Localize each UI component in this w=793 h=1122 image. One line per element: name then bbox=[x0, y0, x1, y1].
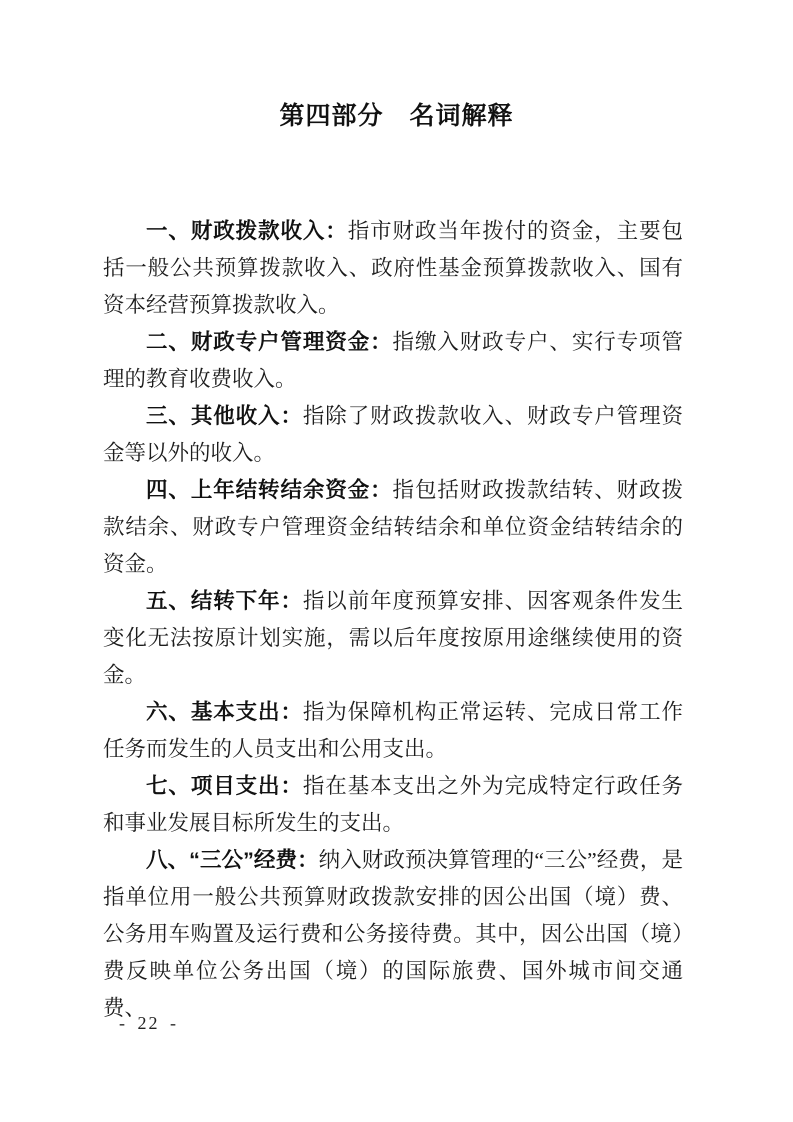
term-label: 五、结转下年： bbox=[146, 589, 303, 613]
definition-paragraph: 七、项目支出：指在基本支出之外为完成特定行政任务和事业发展目标所发生的支出。 bbox=[103, 768, 683, 842]
definition-paragraph: 二、财政专户管理资金：指缴入财政专户、实行专项管理的教育收费收入。 bbox=[103, 324, 683, 398]
definition-paragraph: 三、其他收入：指除了财政拨款收入、财政专户管理资金等以外的收入。 bbox=[103, 398, 683, 472]
document-page: 第四部分 名词解释 一、财政拨款收入：指市财政当年拨付的资金，主要包括一般公共预… bbox=[0, 0, 793, 1122]
term-label: 四、上年结转结余资金： bbox=[146, 478, 393, 502]
definition-paragraph: 六、基本支出：指为保障机构正常运转、完成日常工作任务而发生的人员支出和公用支出。 bbox=[103, 694, 683, 768]
glossary-content: 一、财政拨款收入：指市财政当年拨付的资金，主要包括一般公共预算拨款收入、政府性基… bbox=[103, 213, 683, 1027]
term-label: 七、项目支出： bbox=[146, 774, 303, 798]
term-label: 一、财政拨款收入： bbox=[146, 219, 348, 243]
definition-paragraph: 四、上年结转结余资金：指包括财政拨款结转、财政拨款结余、财政专户管理资金结转结余… bbox=[103, 472, 683, 583]
page-title: 第四部分 名词解释 bbox=[0, 100, 793, 132]
term-label: 三、其他收入： bbox=[146, 404, 303, 428]
definition-paragraph: 八、“三公”经费：纳入财政预决算管理的“三公”经费，是指单位用一般公共预算财政拨… bbox=[103, 842, 683, 1027]
term-label: 二、财政专户管理资金： bbox=[146, 330, 393, 354]
definition-paragraph: 一、财政拨款收入：指市财政当年拨付的资金，主要包括一般公共预算拨款收入、政府性基… bbox=[103, 213, 683, 324]
term-definition: 纳入财政预决算管理的“三公”经费，是指单位用一般公共预算财政拨款安排的因公出国（… bbox=[103, 848, 683, 1020]
definition-paragraph: 五、结转下年：指以前年度预算安排、因客观条件发生变化无法按原计划实施，需以后年度… bbox=[103, 583, 683, 694]
term-label: 八、“三公”经费： bbox=[146, 848, 319, 872]
term-label: 六、基本支出： bbox=[146, 700, 303, 724]
page-number: - 22 - bbox=[119, 1013, 178, 1034]
